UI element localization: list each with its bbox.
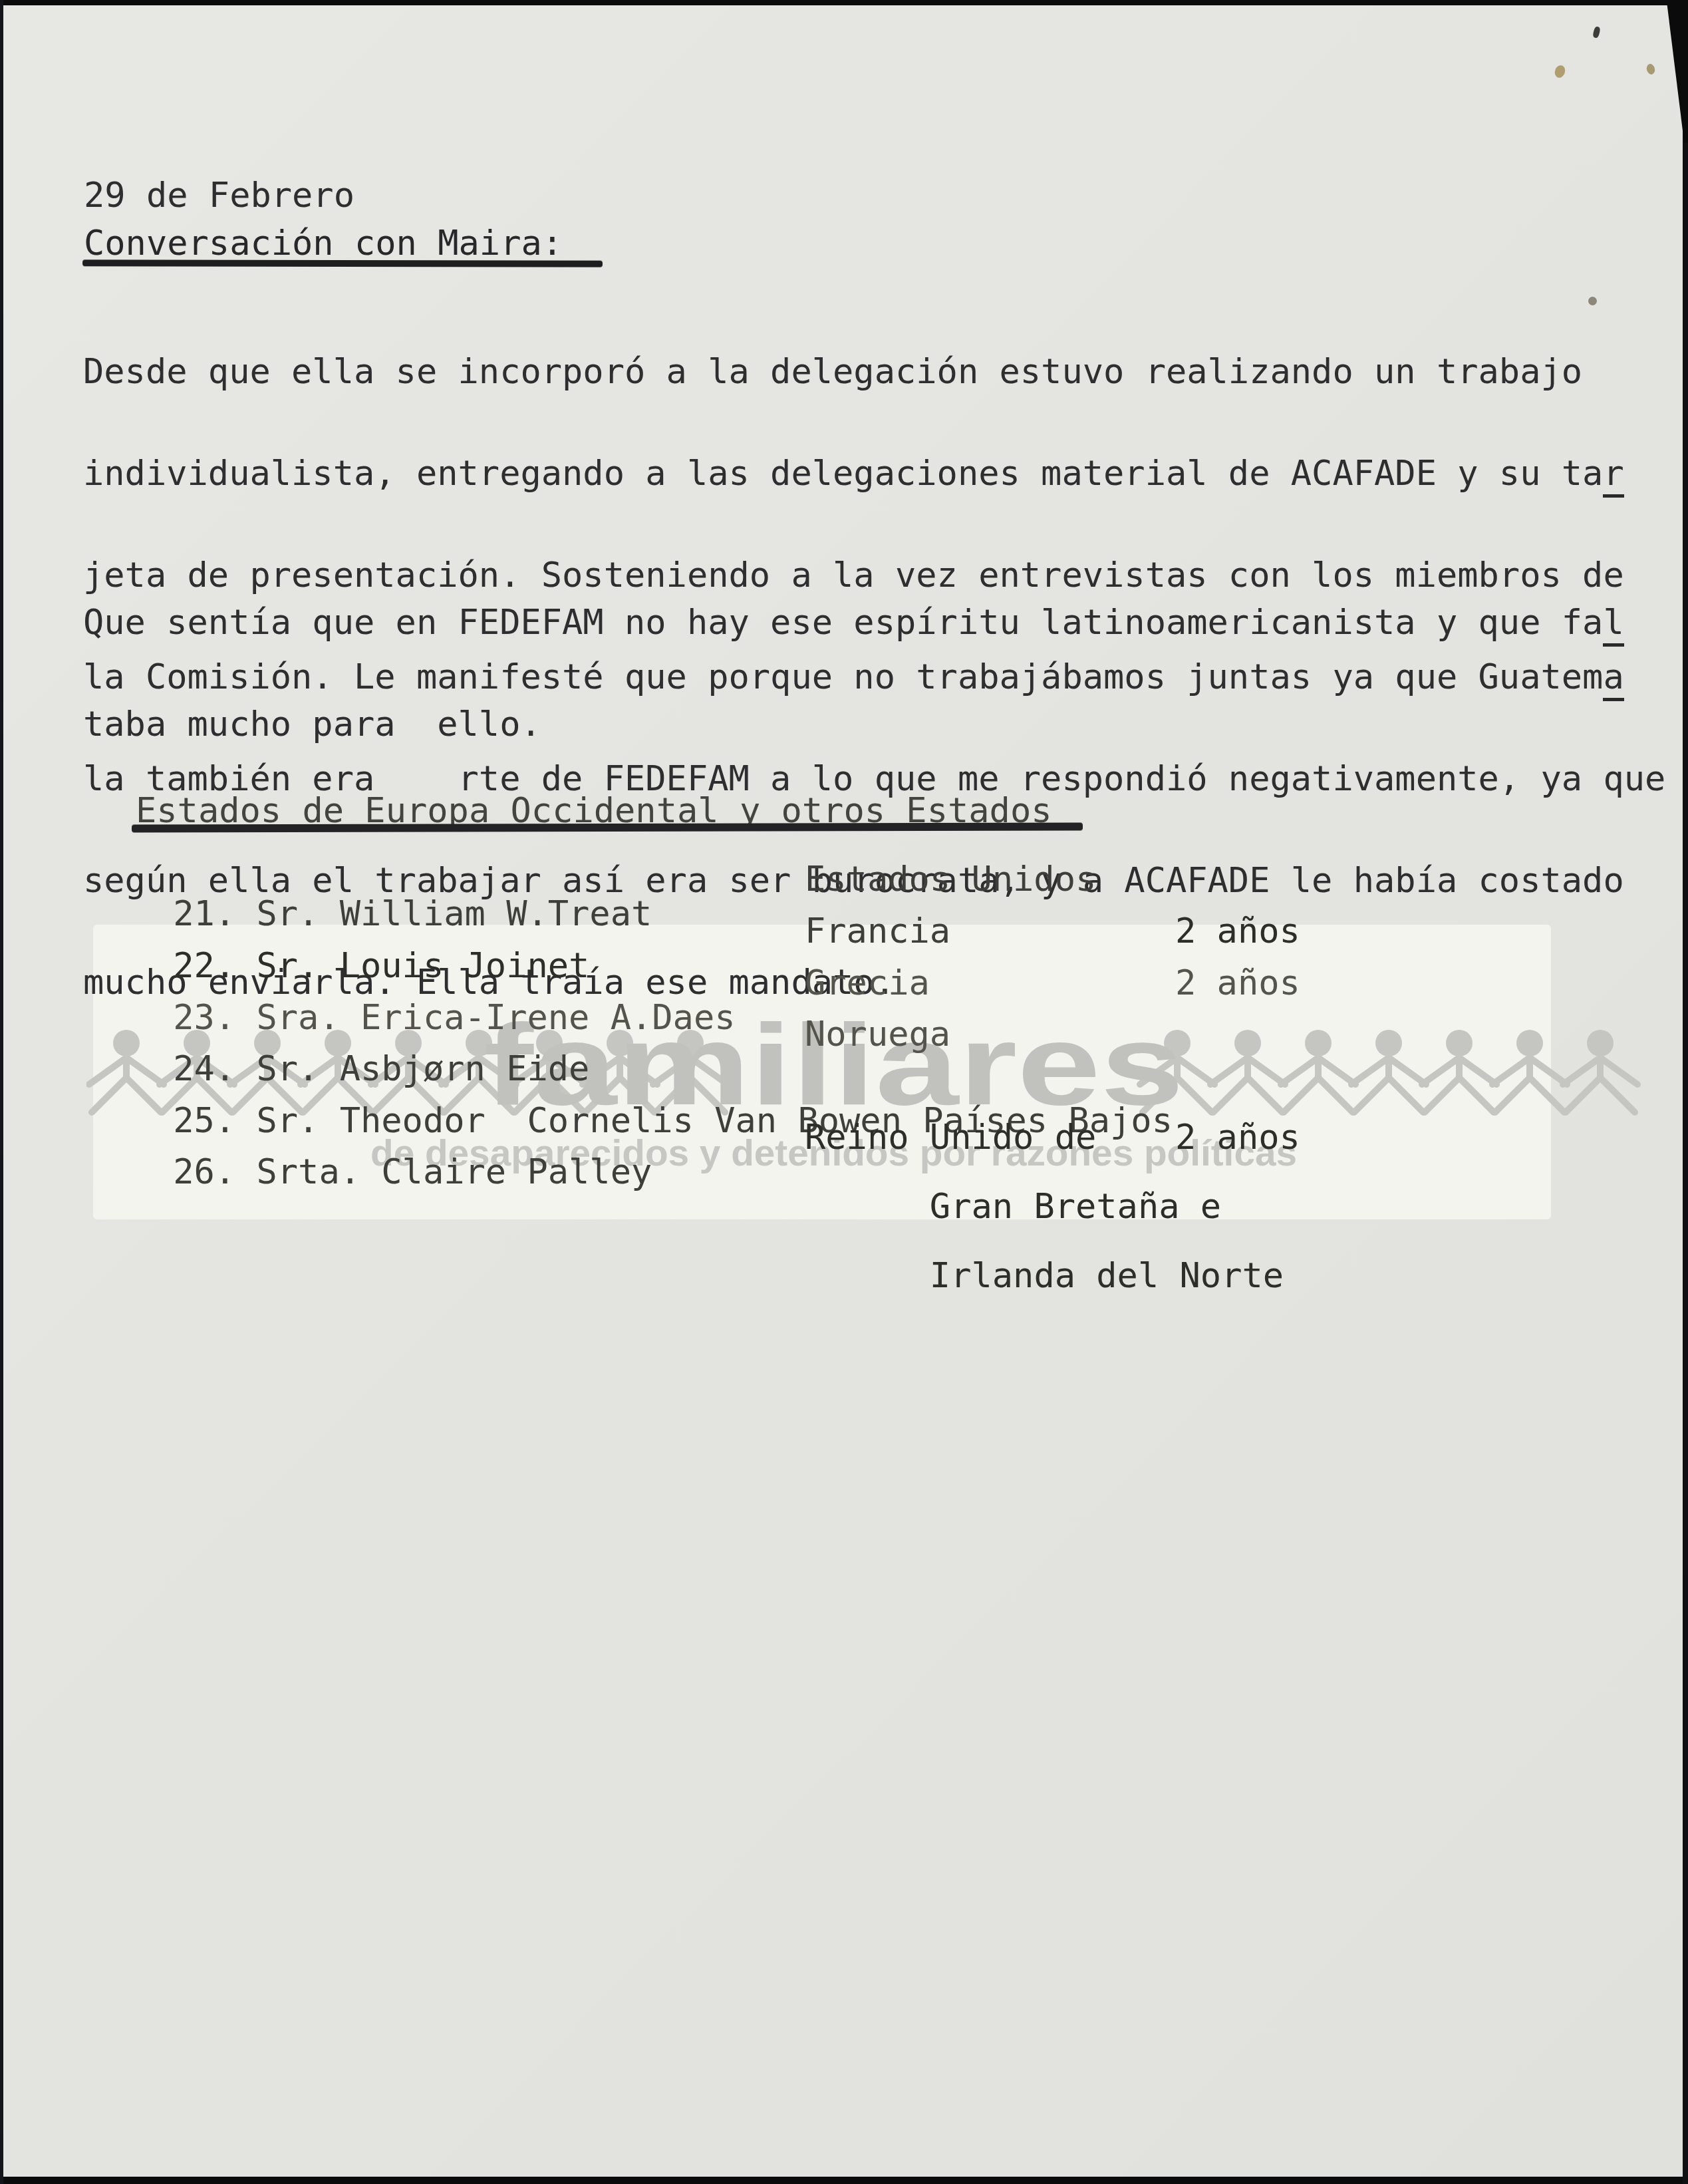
row-country: Estados Unidos xyxy=(805,862,1096,897)
paragraph-line: Desde que ella se incorporó a la delegac… xyxy=(83,355,1665,389)
date-line: 29 de Febrero xyxy=(84,179,354,213)
stain-speck xyxy=(1645,63,1656,76)
scan-edge-corner-wedge xyxy=(1663,0,1688,143)
row-country: Francia xyxy=(805,914,950,949)
title-underline xyxy=(82,259,603,267)
scan-edge-bottom xyxy=(0,2177,1688,2184)
paragraph-line: taba mucho para ello. xyxy=(83,708,1624,742)
row-country: Grecia xyxy=(805,966,930,1001)
row-years: 2 años xyxy=(1175,914,1300,949)
row-number-name: 26. Srta. Claire Palley xyxy=(173,1152,652,1192)
paragraph-2: Que sentía que en FEDEFAM no hay ese esp… xyxy=(83,538,1624,810)
row-country: Noruega xyxy=(805,1017,950,1052)
paragraph-line: Que sentía que en FEDEFAM no hay ese esp… xyxy=(83,606,1624,640)
scan-edge-right xyxy=(1683,0,1688,2184)
paragraph-line: individualista, entregando a las delegac… xyxy=(83,457,1665,491)
scanned-document-page: familiares de desaparecidos y detenidos … xyxy=(0,0,1688,2184)
stain-speck xyxy=(1588,297,1597,305)
scan-edge-top xyxy=(0,0,1688,5)
row-years: 2 años xyxy=(1175,1120,1300,1155)
stain-speck xyxy=(1553,64,1567,79)
row-years: 2 años xyxy=(1175,966,1300,1001)
table-row: 26. Srta. Claire Palley Reino Unido de G… xyxy=(90,1120,1593,1293)
ink-mark xyxy=(1592,26,1601,39)
scan-edge-left xyxy=(0,0,3,2184)
document-title: Conversación con Maira: xyxy=(84,227,563,261)
